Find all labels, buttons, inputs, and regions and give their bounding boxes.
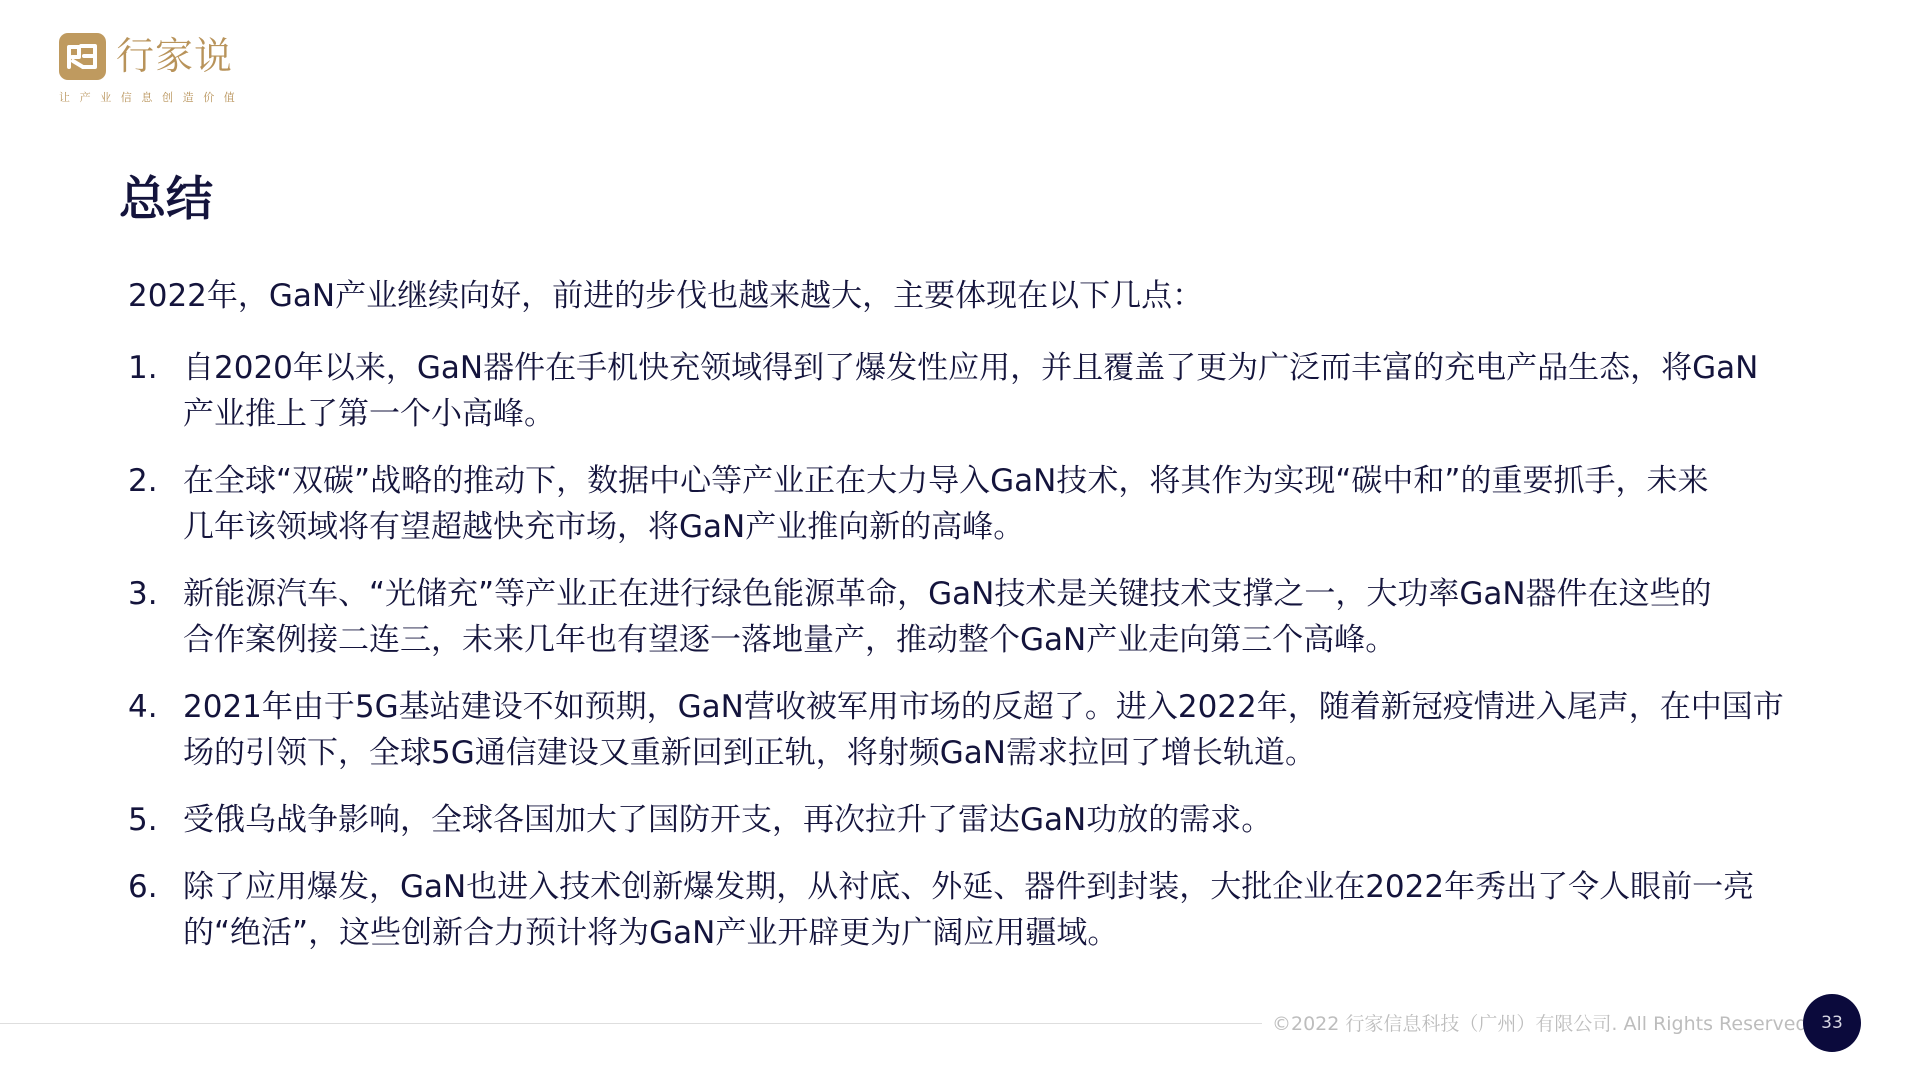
copyright-text: ©2022 行家信息科技（广州）有限公司. All Rights Reserve… bbox=[1272, 1010, 1814, 1038]
item-text-line: 产业推上了第一个小高峰。 bbox=[183, 391, 1848, 437]
summary-item-2: 2. 在全球“双碳”战略的推动下，数据中心等产业正在大力导入GaN技术，将其作为… bbox=[128, 458, 1848, 550]
brand-logo: 行家说 让产业信息创造价值 bbox=[59, 33, 239, 105]
item-number: 2. bbox=[128, 458, 158, 504]
item-number: 1. bbox=[128, 345, 158, 391]
item-text-line: 场的引领下，全球5G通信建设又重新回到正轨，将射频GaN需求拉回了增长轨道。 bbox=[183, 730, 1848, 776]
item-text-line: 除了应用爆发，GaN也进入技术创新爆发期，从衬底、外延、器件到封装，大批企业在2… bbox=[183, 864, 1848, 910]
page-number-badge: 33 bbox=[1803, 994, 1861, 1052]
summary-item-1: 1. 自2020年以来，GaN器件在手机快充领域得到了爆发性应用，并且覆盖了更为… bbox=[128, 345, 1848, 437]
item-text-line: 自2020年以来，GaN器件在手机快充领域得到了爆发性应用，并且覆盖了更为广泛而… bbox=[183, 345, 1848, 391]
summary-item-5: 5. 受俄乌战争影响，全球各国加大了国防开支，再次拉升了雷达GaN功放的需求。 bbox=[128, 797, 1848, 843]
brand-tagline: 让产业信息创造价值 bbox=[59, 92, 244, 104]
item-text-line: 的“绝活”，这些创新合力预计将为GaN产业开辟更为广阔应用疆域。 bbox=[183, 910, 1848, 956]
logo-mark-icon bbox=[59, 33, 106, 80]
item-text-line: 在全球“双碳”战略的推动下，数据中心等产业正在大力导入GaN技术，将其作为实现“… bbox=[183, 458, 1848, 504]
item-number: 5. bbox=[128, 797, 158, 843]
summary-item-4: 4. 2021年由于5G基站建设不如预期，GaN营收被军用市场的反超了。进入20… bbox=[128, 684, 1848, 776]
item-text-line: 几年该领域将有望超越快充市场，将GaN产业推向新的高峰。 bbox=[183, 504, 1848, 550]
intro-text: 2022年，GaN产业继续向好，前进的步伐也越来越大，主要体现在以下几点： bbox=[128, 276, 1203, 316]
item-number: 3. bbox=[128, 571, 158, 617]
item-number: 6. bbox=[128, 864, 158, 910]
slide-title: 总结 bbox=[119, 172, 213, 228]
footer-divider bbox=[0, 1023, 1262, 1024]
summary-list: 1. 自2020年以来，GaN器件在手机快充领域得到了爆发性应用，并且覆盖了更为… bbox=[128, 345, 1848, 977]
item-number: 4. bbox=[128, 684, 158, 730]
item-text-line: 新能源汽车、“光储充”等产业正在进行绿色能源革命，GaN技术是关键技术支撑之一，… bbox=[183, 571, 1848, 617]
item-text-line: 合作案例接二连三，未来几年也有望逐一落地量产，推动整个GaN产业走向第三个高峰。 bbox=[183, 617, 1848, 663]
summary-item-6: 6. 除了应用爆发，GaN也进入技术创新爆发期，从衬底、外延、器件到封装，大批企… bbox=[128, 864, 1848, 956]
brand-name: 行家说 bbox=[116, 34, 233, 78]
summary-item-3: 3. 新能源汽车、“光储充”等产业正在进行绿色能源革命，GaN技术是关键技术支撑… bbox=[128, 571, 1848, 663]
item-text-line: 受俄乌战争影响，全球各国加大了国防开支，再次拉升了雷达GaN功放的需求。 bbox=[183, 797, 1848, 843]
item-text-line: 2021年由于5G基站建设不如预期，GaN营收被军用市场的反超了。进入2022年… bbox=[183, 684, 1848, 730]
